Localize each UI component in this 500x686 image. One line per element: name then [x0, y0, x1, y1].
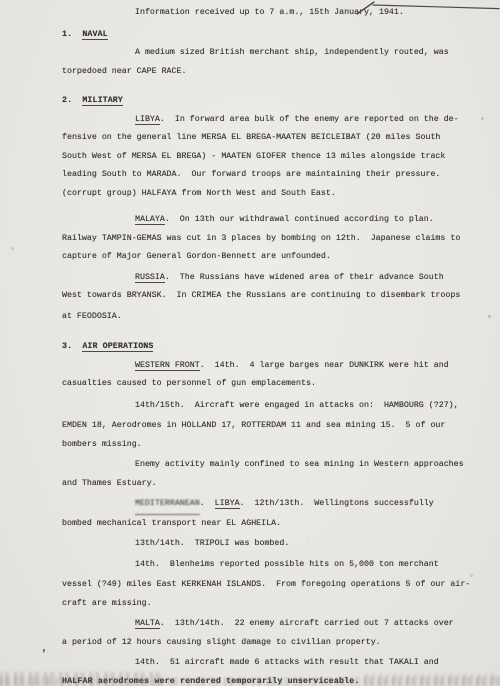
- text-segment: 1.: [62, 30, 82, 39]
- malaya-para-line: Railway TAMPIN-GEMAS was cut in 3 places…: [62, 230, 490, 249]
- text-segment: fensive on the general line MERSA EL BRE…: [62, 133, 440, 142]
- pen-mark: [350, 0, 500, 18]
- mediterranean-line: bombed mechanical transport near EL AGHE…: [62, 515, 490, 534]
- underlined-label: LIBYA: [135, 115, 160, 125]
- text-segment: A medium sized British merchant ship, in…: [135, 48, 449, 57]
- mediterranean-line: MEDITERRANEAN. LIBYA. 12th/13th. Welling…: [62, 495, 490, 515]
- text-segment: leading South to MARADA. Our forward tro…: [62, 170, 440, 179]
- western-front-line: and Thames Estuary.: [62, 475, 490, 494]
- libya-para-line: fensive on the general line MERSA EL BRE…: [62, 129, 490, 148]
- libya-para-line: LIBYA. In forward area bulk of the enemy…: [62, 111, 490, 130]
- malaya-para-line: capture of Major General Gordon-Bennett …: [62, 248, 490, 267]
- western-front-line: casualties caused to personnel of gun em…: [62, 375, 490, 394]
- underlined-label: MILITARY: [82, 96, 123, 106]
- scan-noise-right: [365, 674, 500, 686]
- western-front-line: EMDEN 18, Aerodromes in HOLLAND 17, ROTT…: [62, 417, 490, 436]
- libya-para-line: leading South to MARADA. Our forward tro…: [62, 166, 490, 185]
- mediterranean-line: 13th/14th. TRIPOLI was bombed.: [62, 535, 490, 554]
- underlined-label: RUSSIA: [135, 273, 165, 283]
- text-segment: . 13th/14th. 22 enemy aircraft carried o…: [160, 619, 454, 628]
- western-front-line: Enemy activity mainly confined to sea mi…: [62, 456, 490, 475]
- text-segment: craft are missing.: [62, 599, 152, 608]
- mediterranean-line: vessel (?49) miles East KERKENAH ISLANDS…: [62, 576, 490, 595]
- underlined-label: MEDITERRANEAN: [135, 495, 200, 515]
- text-segment: EMDEN 18, Aerodromes in HOLLAND 17, ROTT…: [62, 421, 445, 430]
- underlined-label: MALTA: [135, 619, 160, 629]
- mediterranean-line: craft are missing.: [62, 595, 490, 614]
- underlined-label: NAVAL: [82, 30, 107, 40]
- text-segment: . 14th. 4 large barges near DUNKIRK were…: [200, 361, 449, 370]
- text-segment: 13th/14th. TRIPOLI was bombed.: [135, 539, 289, 548]
- document-page: Information received up to 7 a.m., 15th …: [0, 0, 500, 686]
- malta-line: a period of 12 hours causing slight dama…: [62, 634, 490, 653]
- underlined-label: LIBYA: [215, 499, 240, 509]
- text-segment: (corrupt group) HALFAYA from North West …: [62, 189, 336, 198]
- mediterranean-line: 14th. Blenheims reported possible hits o…: [62, 556, 490, 575]
- underlined-label: WESTERN FRONT: [135, 361, 200, 371]
- text-segment: vessel (?49) miles East KERKENAH ISLANDS…: [62, 580, 470, 589]
- text-segment: a period of 12 hours causing slight dama…: [62, 638, 381, 647]
- russia-para-line: RUSSIA. The Russians have widened area o…: [62, 269, 490, 288]
- heading-air-operations: 3. AIR OPERATIONS: [62, 338, 490, 357]
- text-segment: . The Russians have widened area of thei…: [165, 273, 444, 282]
- libya-para-line: (corrupt group) HALFAYA from North West …: [62, 185, 490, 204]
- underlined-label: AIR OPERATIONS: [82, 342, 153, 352]
- western-front-line: 14th/15th. Aircraft were engaged in atta…: [62, 397, 490, 416]
- malta-line: 14th. 51 aircraft made 6 attacks with re…: [62, 654, 490, 673]
- text-segment: Enemy activity mainly confined to sea mi…: [135, 460, 464, 469]
- text-segment: . In forward area bulk of the enemy are …: [160, 115, 459, 124]
- russia-para-line: at FEODOSIA.: [62, 308, 490, 327]
- naval-para-line: torpedoed near CAPE RACE.: [62, 63, 490, 82]
- text-segment: . 12th/13th. Wellingtons successfully: [240, 499, 434, 508]
- malaya-para-line: MALAYA. On 13th our withdrawal continued…: [62, 211, 490, 230]
- scan-noise-left: [0, 672, 165, 686]
- document-body: Information received up to 7 a.m., 15th …: [62, 4, 490, 686]
- text-segment: 2.: [62, 96, 82, 105]
- text-segment: 3.: [62, 342, 82, 351]
- text-segment: torpedoed near CAPE RACE.: [62, 67, 186, 76]
- naval-para-line: A medium sized British merchant ship, in…: [62, 44, 490, 63]
- heading-military: 2. MILITARY: [62, 92, 490, 111]
- text-segment: at FEODOSIA.: [62, 312, 122, 321]
- text-segment: Railway TAMPIN-GEMAS was cut in 3 places…: [62, 234, 460, 243]
- text-segment: bombed mechanical transport near EL AGHE…: [62, 519, 281, 528]
- text-segment: and Thames Estuary.: [62, 479, 157, 488]
- paper-specks: [0, 0, 1, 1]
- text-segment: .: [200, 499, 215, 508]
- text-segment: capture of Major General Gordon-Bennett …: [62, 252, 331, 261]
- russia-para-line: West towards BRYANSK. In CRIMEA the Russ…: [62, 287, 490, 306]
- western-front-line: bombers missing.: [62, 436, 490, 455]
- text-segment: bombers missing.: [62, 440, 142, 449]
- text-segment: West towards BRYANSK. In CRIMEA the Russ…: [62, 291, 460, 300]
- text-segment: . On 13th our withdrawal continued accor…: [165, 215, 434, 224]
- heading-naval: 1. NAVAL: [62, 26, 490, 45]
- text-segment: South West of MERSA EL BREGA) - MAATEN G…: [62, 152, 445, 161]
- underlined-label: MALAYA: [135, 215, 165, 225]
- text-segment: 14th/15th. Aircraft were engaged in atta…: [135, 401, 459, 410]
- text-segment: 14th. Blenheims reported possible hits o…: [135, 560, 439, 569]
- text-segment: 14th. 51 aircraft made 6 attacks with re…: [135, 658, 439, 667]
- text-segment: casualties caused to personnel of gun em…: [62, 379, 316, 388]
- malta-line: MALTA. 13th/14th. 22 enemy aircraft carr…: [62, 615, 490, 634]
- western-front-line: WESTERN FRONT. 14th. 4 large barges near…: [62, 357, 490, 376]
- libya-para-line: South West of MERSA EL BREGA) - MAATEN G…: [62, 148, 490, 167]
- handwritten-tick: ': [39, 649, 47, 662]
